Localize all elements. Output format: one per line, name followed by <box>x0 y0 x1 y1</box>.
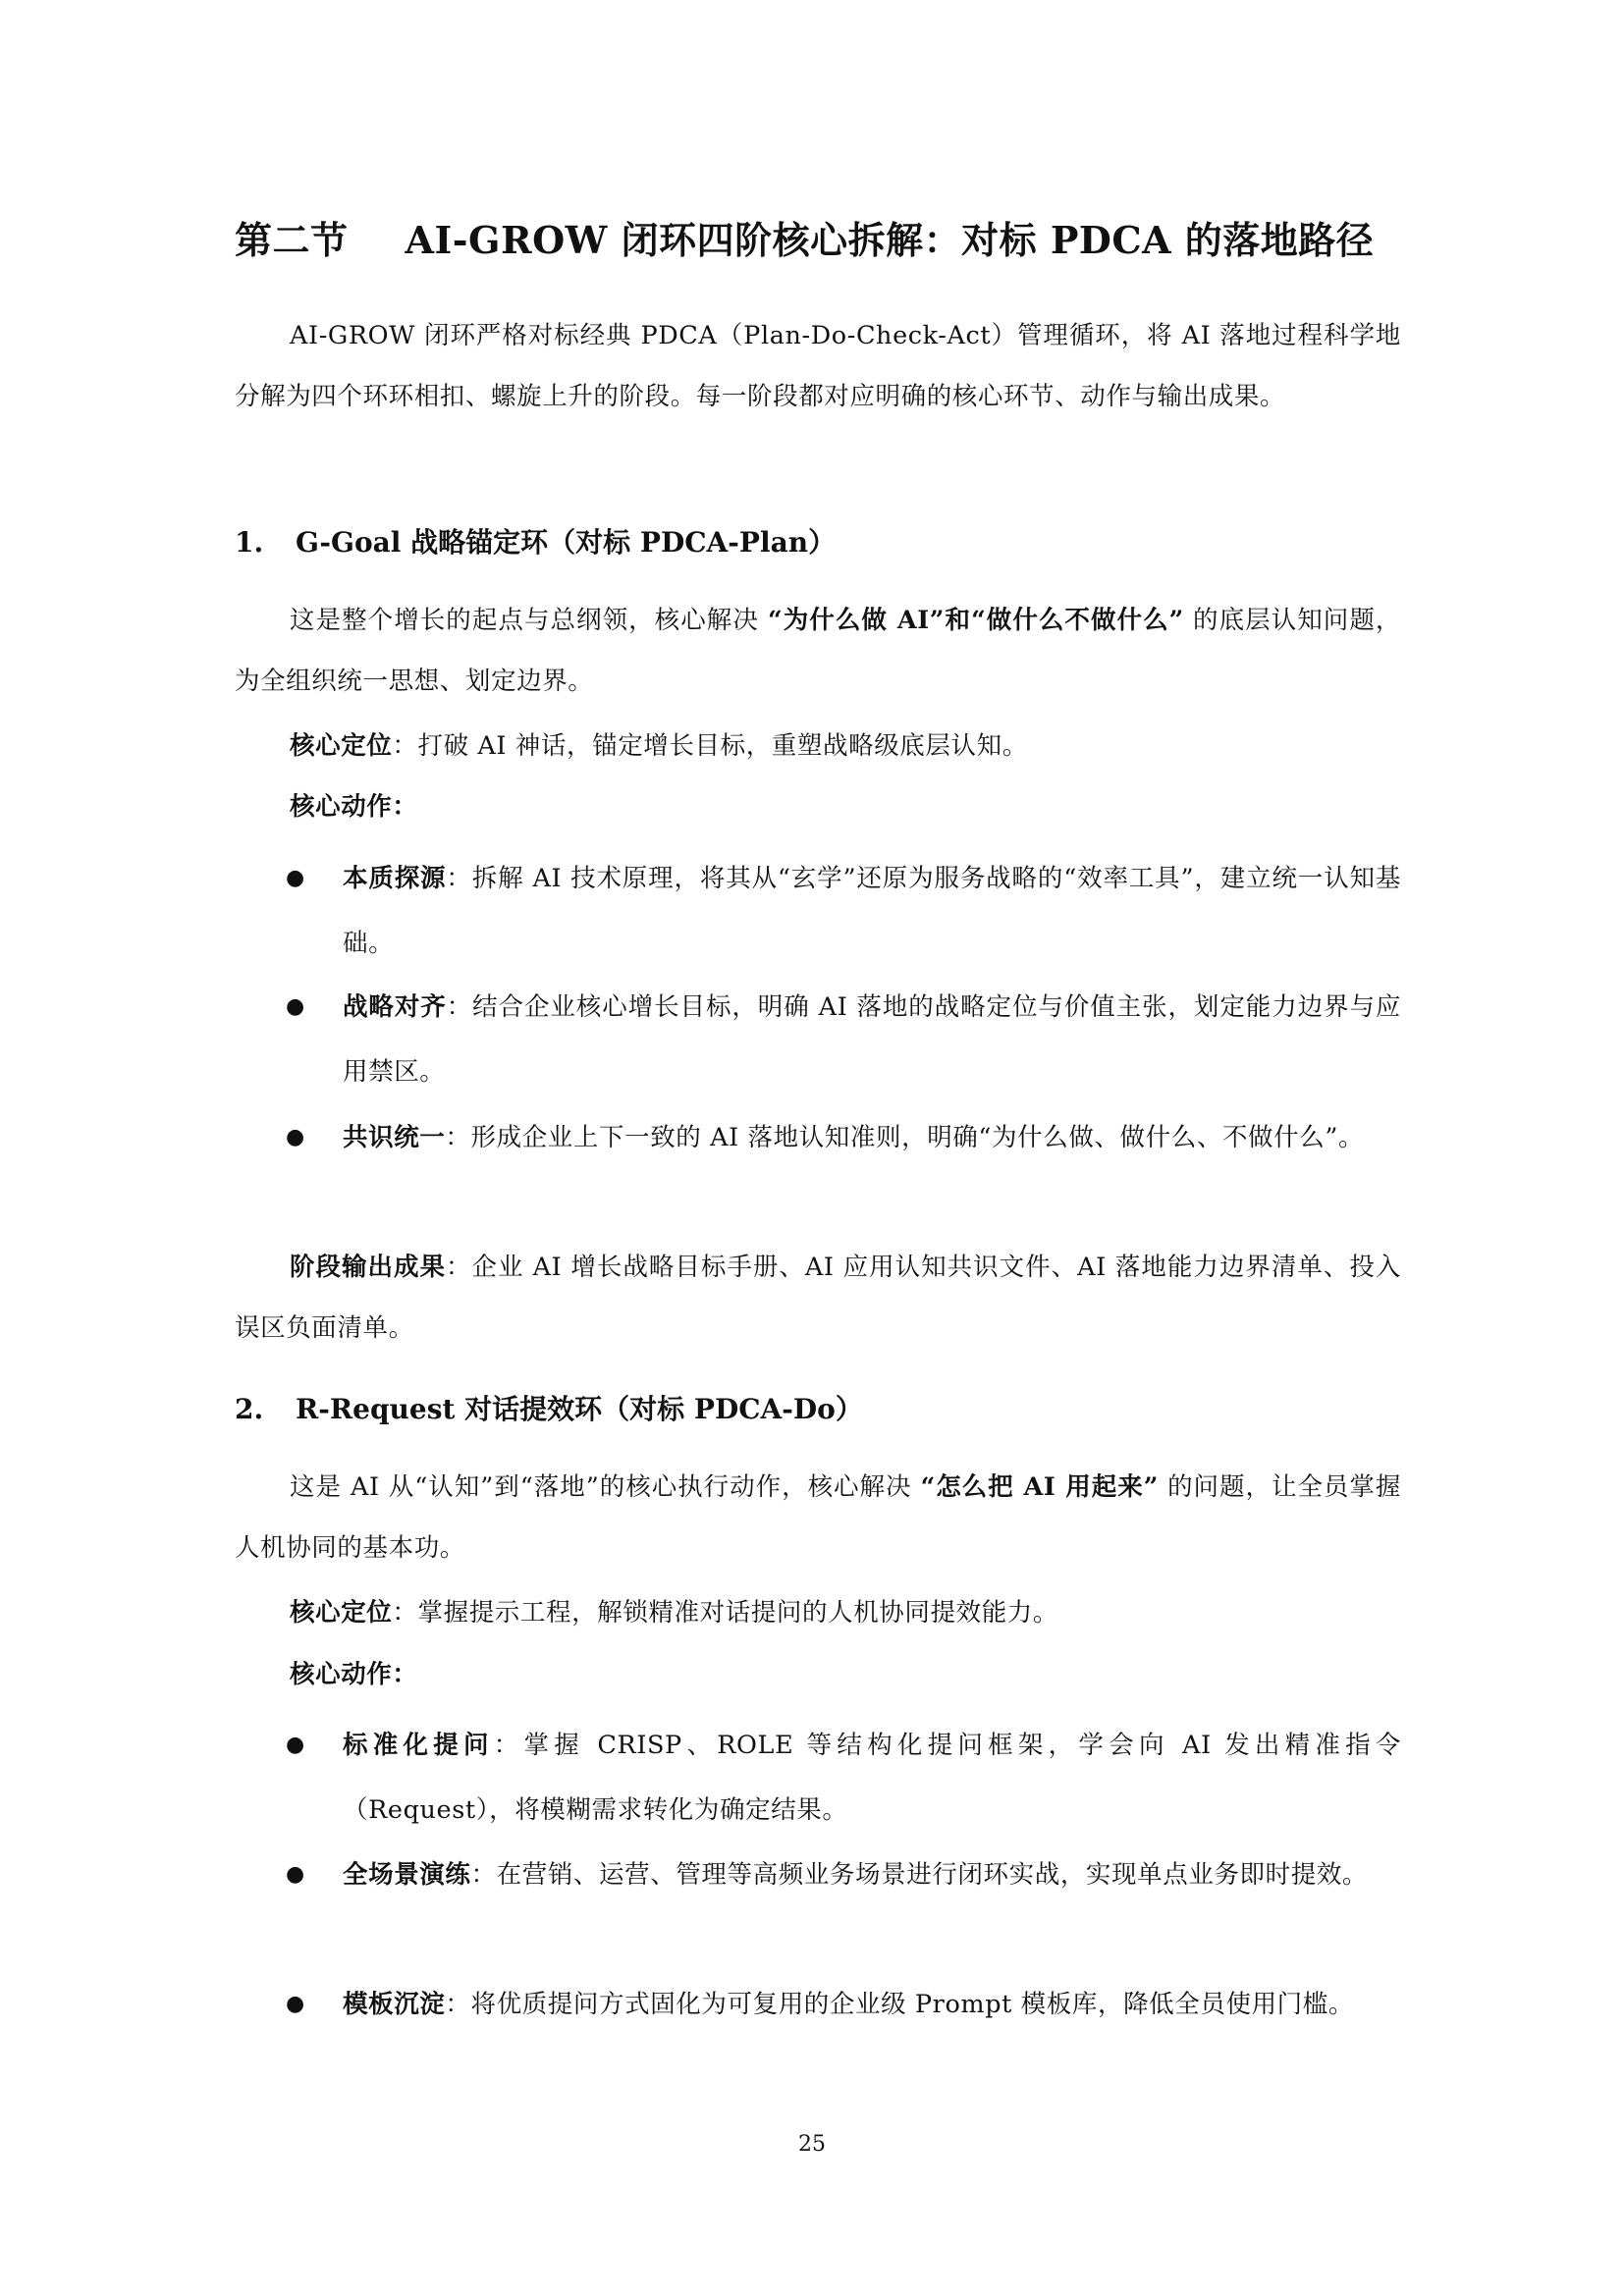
core-actions-label-text: 核心动作： <box>290 1660 418 1689</box>
list-item: ● 全场景演练：在营销、运营、管理等高频业务场景进行闭环实战，实现单点业务即时提… <box>235 1842 1401 1907</box>
subsection-number: 1. <box>235 518 296 567</box>
section-label: 第二节 <box>235 218 349 262</box>
core-positioning-label: 核心定位 <box>290 1598 392 1628</box>
bullet-label: 共识统一 <box>343 1123 445 1152</box>
bullet-text: ：结合企业核心增长目标，明确 AI 落地的战略定位与价值主张，划定能力边界与应用… <box>343 992 1401 1087</box>
bullet-icon: ● <box>286 975 305 1040</box>
bullet-label: 战略对齐 <box>343 992 447 1022</box>
bullet-text: ：掌握 CRISP、ROLE 等结构化提问框架，学会向 AI 发出精准指令（Re… <box>343 1731 1401 1825</box>
subsection-heading-1: 1.G-Goal 战略锚定环（对标 PDCA-Plan） <box>235 518 1401 567</box>
bullet-icon: ● <box>286 1972 305 2037</box>
subsection-description: 这是整个增长的起点与总纲领，核心解决 “为什么做 AI”和“做什么不做什么” 的… <box>235 590 1401 712</box>
core-actions-label-text: 核心动作： <box>290 792 418 822</box>
bullet-label: 全场景演练 <box>343 1860 471 1890</box>
core-positioning: 核心定位：打破 AI 神话，锚定增长目标，重塑战略级底层认知。 <box>235 716 1401 776</box>
stage-output: 阶段输出成果：企业 AI 增长战略目标手册、AI 应用认知共识文件、AI 落地能… <box>235 1237 1401 1359</box>
bullet-text: ：在营销、运营、管理等高频业务场景进行闭环实战，实现单点业务即时提效。 <box>471 1860 1369 1890</box>
section-title-text: AI-GROW 闭环四阶核心拆解：对标 PDCA 的落地路径 <box>406 218 1375 262</box>
bullet-text: ：形成企业上下一致的 AI 落地认知准则，明确“为什么做、做什么、不做什么”。 <box>445 1123 1364 1152</box>
bullet-icon: ● <box>286 1713 305 1778</box>
bullet-text: ：拆解 AI 技术原理，将其从“玄学”还原为服务战略的“效率工具”，建立统一认知… <box>343 864 1401 958</box>
desc-emphasis: “怎么把 AI 用起来” <box>921 1472 1159 1502</box>
bullet-label: 模板沉淀 <box>343 1990 445 2019</box>
desc-text: 这是整个增长的起点与总纲领，核心解决 <box>290 606 768 635</box>
desc-emphasis: “为什么做 AI”和“做什么不做什么” <box>768 606 1184 635</box>
bullet-text: ：将优质提问方式固化为可复用的企业级 Prompt 模板库，降低全员使用门槛。 <box>445 1990 1354 2019</box>
bullet-icon: ● <box>286 1842 305 1907</box>
bullet-label: 本质探源 <box>343 864 446 893</box>
list-item: ● 模板沉淀：将优质提问方式固化为可复用的企业级 Prompt 模板库，降低全员… <box>235 1972 1401 2037</box>
subsection-number: 2. <box>235 1385 296 1434</box>
list-item: ● 战略对齐：结合企业核心增长目标，明确 AI 落地的战略定位与价值主张，划定能… <box>235 975 1401 1104</box>
bullet-icon: ● <box>286 1105 305 1170</box>
section-title: 第二节AI-GROW 闭环四阶核心拆解：对标 PDCA 的落地路径 <box>235 214 1401 267</box>
document-page: 第二节AI-GROW 闭环四阶核心拆解：对标 PDCA 的落地路径 AI-GRO… <box>0 0 1624 2296</box>
list-item: ● 标准化提问：掌握 CRISP、ROLE 等结构化提问框架，学会向 AI 发出… <box>235 1713 1401 1842</box>
list-item: ● 共识统一：形成企业上下一致的 AI 落地认知准则，明确“为什么做、做什么、不… <box>235 1105 1401 1170</box>
desc-text: 这是 AI 从“认知”到“落地”的核心执行动作，核心解决 <box>290 1472 921 1502</box>
subsection-heading-2: 2.R-Request 对话提效环（对标 PDCA-Do） <box>235 1385 1401 1434</box>
core-actions-label: 核心动作： <box>235 776 1401 837</box>
core-positioning-text: ：掌握提示工程，解锁精准对话提问的人机协同提效能力。 <box>392 1598 1058 1628</box>
bullet-icon: ● <box>286 846 305 911</box>
subsection-description: 这是 AI 从“认知”到“落地”的核心执行动作，核心解决 “怎么把 AI 用起来… <box>235 1457 1401 1578</box>
core-positioning: 核心定位：掌握提示工程，解锁精准对话提问的人机协同提效能力。 <box>235 1582 1401 1643</box>
core-positioning-text: ：打破 AI 神话，锚定增长目标，重塑战略级底层认知。 <box>392 731 1027 761</box>
core-positioning-label: 核心定位 <box>290 731 392 761</box>
core-actions-label: 核心动作： <box>235 1644 1401 1705</box>
subsection-heading-text: G-Goal 战略锚定环（对标 PDCA-Plan） <box>296 526 836 559</box>
page-number: 25 <box>0 2128 1624 2162</box>
subsection-heading-text: R-Request 对话提效环（对标 PDCA-Do） <box>296 1393 863 1425</box>
list-item: ● 本质探源：拆解 AI 技术原理，将其从“玄学”还原为服务战略的“效率工具”，… <box>235 846 1401 976</box>
stage-output-label: 阶段输出成果 <box>290 1253 446 1282</box>
intro-paragraph: AI-GROW 闭环严格对标经典 PDCA（Plan-Do-Check-Act）… <box>235 305 1401 427</box>
bullet-label: 标准化提问 <box>343 1731 494 1760</box>
